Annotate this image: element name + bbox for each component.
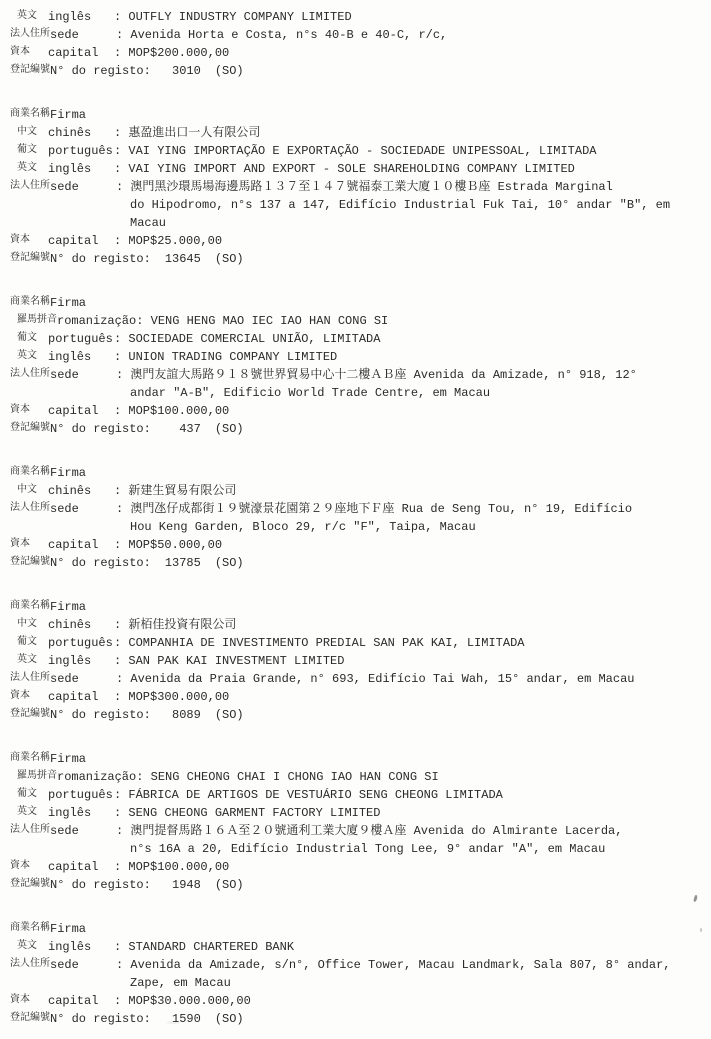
label-pt: português [48, 634, 114, 652]
field-value: : COMPANHIA DE INVESTIMENTO PREDIAL SAN … [114, 634, 707, 652]
registry-label-pt: N° do registo: [50, 250, 151, 268]
label-pt: capital [48, 44, 114, 62]
label-zh: 法人住所 [10, 822, 50, 840]
entry-header-row: 商業名稱 Firma [10, 920, 707, 938]
registry-label-pt: N° do registo: [50, 420, 151, 438]
label-pt: sede [50, 366, 116, 384]
label-zh: 中文 [10, 616, 48, 634]
registry-number: 1948 [151, 876, 201, 894]
label-zh: 商業名稱 [10, 920, 50, 938]
field-value: : STANDARD CHARTERED BANK [114, 938, 707, 956]
label-zh: 資本 [10, 858, 48, 876]
field-value: : MOP$30.000.000,00 [114, 992, 707, 1010]
field-value: : MOP$25.000,00 [114, 232, 707, 250]
registry-label-pt: N° do registo: [50, 1010, 151, 1028]
field-row: 資本 capital : MOP$100.000,00 [10, 858, 707, 876]
scan-artifact [700, 928, 702, 932]
registry-number-row: 登記編號 N° do registo: 1948 (SO) [10, 876, 707, 894]
label-zh: 中文 [10, 482, 48, 500]
registry-number: 437 [151, 420, 201, 438]
registry-number: 3010 [151, 62, 201, 80]
label-pt: chinês [48, 124, 114, 142]
registry-number: 8089 [151, 706, 201, 724]
label-zh: 葡文 [10, 330, 48, 348]
field-value: : MOP$100.000,00 [114, 858, 707, 876]
entry-header-row: 商業名稱 Firma [10, 294, 707, 312]
field-row: 羅馬拼音 romanização: VENG HENG MAO IEC IAO … [10, 312, 707, 330]
label-pt: Firma [50, 106, 116, 124]
label-zh: 商業名稱 [10, 106, 50, 124]
label-pt: inglês [48, 8, 114, 26]
entry-header-row: 商業名稱 Firma [10, 750, 707, 768]
field-value: : 澳門氹仔成都街１９號濠景花園第２９座地下Ｆ座 Rua de Seng Tou… [116, 500, 707, 536]
entry-header-row: 商業名稱 Firma [10, 106, 707, 124]
field-value: : Avenida da Amizade, s/n°, Office Tower… [116, 956, 707, 992]
label-zh: 商業名稱 [10, 598, 50, 616]
registry-suffix: (SO) [215, 420, 244, 438]
label-zh: 商業名稱 [10, 750, 50, 768]
label-zh: 資本 [10, 402, 48, 420]
label-zh: 葡文 [10, 634, 48, 652]
document-page: 英文 inglês : OUTFLY INDUSTRY COMPANY LIMI… [0, 0, 711, 1028]
label-zh: 法人住所 [10, 500, 50, 518]
field-row: 英文 inglês : STANDARD CHARTERED BANK [10, 938, 707, 956]
label-pt: inglês [48, 652, 114, 670]
registry-label-pt: N° do registo: [50, 554, 151, 572]
field-row: 葡文 português : VAI YING IMPORTAÇÃO E EXP… [10, 142, 707, 160]
entry-header-row: 商業名稱 Firma [10, 598, 707, 616]
entry-header-row: 商業名稱 Firma [10, 464, 707, 482]
label-zh: 登記編號 [10, 1010, 50, 1028]
field-value: : Avenida da Praia Grande, n° 693, Edifí… [116, 670, 707, 688]
registry-number: 1590 [151, 1010, 201, 1028]
registry-label-pt: N° do registo: [50, 62, 151, 80]
label-zh: 羅馬拼音 [10, 312, 57, 330]
label-zh: 商業名稱 [10, 294, 50, 312]
label-pt: Firma [50, 464, 116, 482]
registry-suffix: (SO) [215, 62, 244, 80]
registry-suffix: (SO) [215, 706, 244, 724]
field-row: 英文 inglês : VAI YING IMPORT AND EXPORT -… [10, 160, 707, 178]
label-zh: 資本 [10, 992, 48, 1010]
field-value: : SOCIEDADE COMERCIAL UNIÃO, LIMITADA [114, 330, 707, 348]
field-row: 英文 inglês : SENG CHEONG GARMENT FACTORY … [10, 804, 707, 822]
label-pt: chinês [48, 616, 114, 634]
field-value: : Avenida Horta e Costa, n°s 40-B e 40-C… [116, 26, 707, 44]
field-row: 葡文 português : SOCIEDADE COMERCIAL UNIÃO… [10, 330, 707, 348]
field-value: : MOP$300.000,00 [114, 688, 707, 706]
field-value: : SAN PAK KAI INVESTMENT LIMITED [114, 652, 707, 670]
label-zh: 法人住所 [10, 956, 50, 974]
field-value: : FÁBRICA DE ARTIGOS DE VESTUÁRIO SENG C… [114, 786, 707, 804]
field-value: : 澳門黑沙環馬場海邊馬路１３７至１４７號福泰工業大廈１０樓Ｂ座 Estrada… [116, 178, 707, 232]
field-row: 法人住所 sede : 澳門提督馬路１６Ａ至２０號通利工業大廈９樓Ａ座 Aven… [10, 822, 707, 858]
registry-number: 13645 [151, 250, 201, 268]
label-zh: 英文 [10, 938, 48, 956]
label-zh: 登記編號 [10, 420, 50, 438]
registry-number: 13785 [151, 554, 201, 572]
field-value: : MOP$50.000,00 [114, 536, 707, 554]
field-row: 法人住所 sede : 澳門黑沙環馬場海邊馬路１３７至１４７號福泰工業大廈１０樓… [10, 178, 707, 232]
label-pt: Firma [50, 294, 116, 312]
field-row: 法人住所 sede : 澳門友誼大馬路９１８號世界貿易中心十二樓ＡＢ座 Aven… [10, 366, 707, 402]
label-pt: Firma [50, 750, 116, 768]
label-pt: romanização: [57, 312, 143, 330]
field-value: : MOP$100.000,00 [114, 402, 707, 420]
registry-number-row: 登記編號 N° do registo: 13645 (SO) [10, 250, 707, 268]
registry-suffix: (SO) [215, 876, 244, 894]
label-pt: Firma [50, 920, 116, 938]
label-zh: 葡文 [10, 786, 48, 804]
label-zh: 法人住所 [10, 366, 50, 384]
registry-suffix: (SO) [215, 554, 244, 572]
label-zh: 商業名稱 [10, 464, 50, 482]
label-zh: 英文 [10, 8, 48, 26]
label-pt: sede [50, 956, 116, 974]
label-zh: 登記編號 [10, 876, 50, 894]
field-row: 法人住所 sede : Avenida da Amizade, s/n°, Of… [10, 956, 707, 992]
label-zh: 英文 [10, 348, 48, 366]
label-pt: capital [48, 992, 114, 1010]
label-zh: 登記編號 [10, 706, 50, 724]
label-pt: sede [50, 822, 116, 840]
label-zh: 法人住所 [10, 670, 50, 688]
field-row: 中文 chinês : 新栢佳投資有限公司 [10, 616, 707, 634]
field-row: 資本 capital : MOP$30.000.000,00 [10, 992, 707, 1010]
company-entry: 英文 inglês : OUTFLY INDUSTRY COMPANY LIMI… [10, 8, 707, 80]
label-zh: 法人住所 [10, 178, 50, 196]
field-value: : OUTFLY INDUSTRY COMPANY LIMITED [114, 8, 707, 26]
field-value: : UNION TRADING COMPANY LIMITED [114, 348, 707, 366]
label-zh: 羅馬拼音 [10, 768, 57, 786]
field-value: : VAI YING IMPORT AND EXPORT - SOLE SHAR… [114, 160, 707, 178]
field-row: 資本 capital : MOP$300.000,00 [10, 688, 707, 706]
field-row: 中文 chinês : 惠盈進出口一人有限公司 [10, 124, 707, 142]
label-pt: sede [50, 26, 116, 44]
registry-number-row: 登記編號 N° do registo: 13785 (SO) [10, 554, 707, 572]
field-row: 法人住所 sede : 澳門氹仔成都街１９號濠景花園第２９座地下Ｆ座 Rua d… [10, 500, 707, 536]
field-row: 英文 inglês : UNION TRADING COMPANY LIMITE… [10, 348, 707, 366]
field-row: 葡文 português : FÁBRICA DE ARTIGOS DE VES… [10, 786, 707, 804]
company-entry: 商業名稱 Firma 中文 chinês : 新建生貿易有限公司 法人住所 se… [10, 464, 707, 572]
label-pt: sede [50, 500, 116, 518]
label-zh: 資本 [10, 688, 48, 706]
field-value: SENG CHEONG CHAI I CHONG IAO HAN CONG SI [143, 768, 707, 786]
field-value: : VAI YING IMPORTAÇÃO E EXPORTAÇÃO - SOC… [114, 142, 707, 160]
field-row: 資本 capital : MOP$100.000,00 [10, 402, 707, 420]
label-pt: português [48, 786, 114, 804]
label-pt: Firma [50, 598, 116, 616]
field-value: : 新栢佳投資有限公司 [114, 616, 707, 634]
company-entry: 商業名稱 Firma 中文 chinês : 惠盈進出口一人有限公司 葡文 po… [10, 106, 707, 268]
label-pt: capital [48, 688, 114, 706]
field-row: 葡文 português : COMPANHIA DE INVESTIMENTO… [10, 634, 707, 652]
registry-label-pt: N° do registo: [50, 706, 151, 724]
label-zh: 資本 [10, 44, 48, 62]
field-row: 資本 capital : MOP$200.000,00 [10, 44, 707, 62]
label-pt: inglês [48, 160, 114, 178]
field-value: : 惠盈進出口一人有限公司 [114, 124, 707, 142]
label-zh: 英文 [10, 652, 48, 670]
field-value: VENG HENG MAO IEC IAO HAN CONG SI [143, 312, 707, 330]
company-entry: 商業名稱 Firma 羅馬拼音 romanização: SENG CHEONG… [10, 750, 707, 894]
field-row: 英文 inglês : SAN PAK KAI INVESTMENT LIMIT… [10, 652, 707, 670]
label-zh: 法人住所 [10, 26, 50, 44]
registry-number-row: 登記編號 N° do registo: 3010 (SO) [10, 62, 707, 80]
registry-suffix: (SO) [215, 1010, 244, 1028]
label-pt: inglês [48, 938, 114, 956]
field-row: 法人住所 sede : Avenida Horta e Costa, n°s 4… [10, 26, 707, 44]
company-entry: 商業名稱 Firma 中文 chinês : 新栢佳投資有限公司 葡文 port… [10, 598, 707, 724]
field-row: 英文 inglês : OUTFLY INDUSTRY COMPANY LIMI… [10, 8, 707, 26]
registry-suffix: (SO) [215, 250, 244, 268]
label-zh: 登記編號 [10, 62, 50, 80]
label-pt: capital [48, 402, 114, 420]
label-zh: 英文 [10, 804, 48, 822]
field-value: : SENG CHEONG GARMENT FACTORY LIMITED [114, 804, 707, 822]
registry-label-pt: N° do registo: [50, 876, 151, 894]
label-zh: 資本 [10, 536, 48, 554]
label-pt: inglês [48, 804, 114, 822]
field-value: : MOP$200.000,00 [114, 44, 707, 62]
label-zh: 葡文 [10, 142, 48, 160]
label-pt: português [48, 330, 114, 348]
field-value: : 澳門提督馬路１６Ａ至２０號通利工業大廈９樓Ａ座 Avenida do Alm… [116, 822, 707, 858]
scan-artifact [166, 1021, 180, 1024]
label-pt: sede [50, 178, 116, 196]
registry-number-row: 登記編號 N° do registo: 8089 (SO) [10, 706, 707, 724]
label-pt: sede [50, 670, 116, 688]
company-entry: 商業名稱 Firma 羅馬拼音 romanização: VENG HENG M… [10, 294, 707, 438]
field-value: : 澳門友誼大馬路９１８號世界貿易中心十二樓ＡＢ座 Avenida da Ami… [116, 366, 707, 402]
label-pt: romanização: [57, 768, 143, 786]
label-pt: português [48, 142, 114, 160]
label-pt: capital [48, 232, 114, 250]
label-pt: capital [48, 858, 114, 876]
field-value: : 新建生貿易有限公司 [114, 482, 707, 500]
registry-number-row: 登記編號 N° do registo: 1590 (SO) [10, 1010, 707, 1028]
field-row: 資本 capital : MOP$50.000,00 [10, 536, 707, 554]
label-zh: 英文 [10, 160, 48, 178]
registry-number-row: 登記編號 N° do registo: 437 (SO) [10, 420, 707, 438]
label-zh: 登記編號 [10, 250, 50, 268]
label-zh: 資本 [10, 232, 48, 250]
field-row: 法人住所 sede : Avenida da Praia Grande, n° … [10, 670, 707, 688]
label-pt: chinês [48, 482, 114, 500]
label-pt: inglês [48, 348, 114, 366]
label-zh: 登記編號 [10, 554, 50, 572]
company-entry: 商業名稱 Firma 英文 inglês : STANDARD CHARTERE… [10, 920, 707, 1028]
field-row: 中文 chinês : 新建生貿易有限公司 [10, 482, 707, 500]
label-zh: 中文 [10, 124, 48, 142]
label-pt: capital [48, 536, 114, 554]
field-row: 資本 capital : MOP$25.000,00 [10, 232, 707, 250]
field-row: 羅馬拼音 romanização: SENG CHEONG CHAI I CHO… [10, 768, 707, 786]
